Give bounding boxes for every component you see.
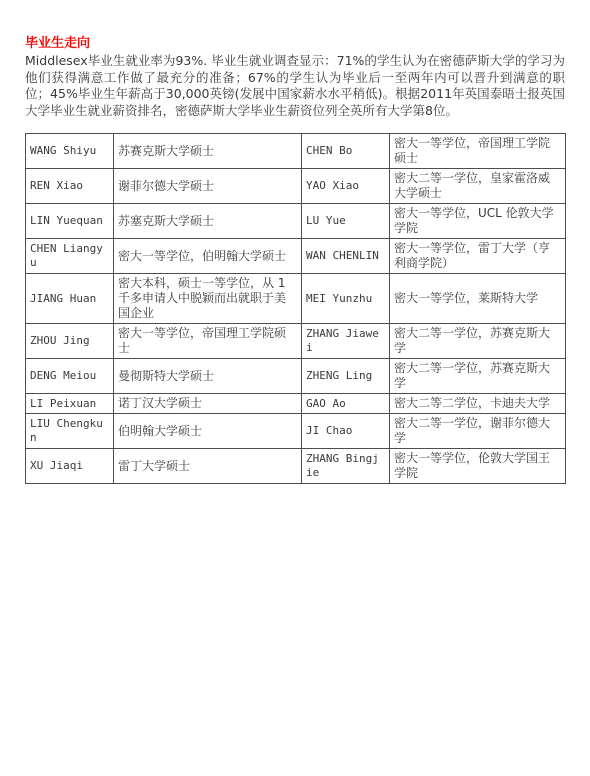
graduate-degree: 密大二等一学位，谢菲尔德大学 xyxy=(390,414,566,449)
graduate-degree: 苏赛克斯大学硕士 xyxy=(114,134,302,169)
section-title: 毕业生走向 xyxy=(25,36,565,52)
graduate-degree: 雷丁大学硕士 xyxy=(114,449,302,484)
graduate-degree: 曼彻斯特大学硕士 xyxy=(114,359,302,394)
graduate-name: ZHOU Jing xyxy=(26,324,114,359)
graduate-name: ZHANG Bingjie xyxy=(302,449,390,484)
table-row: DENG Meiou 曼彻斯特大学硕士 ZHENG Ling 密大二等一学位，苏… xyxy=(26,359,566,394)
table-row: CHEN Liangyu 密大一等学位，伯明翰大学硕士 WAN CHENLIN … xyxy=(26,239,566,274)
graduate-name: REN Xiao xyxy=(26,169,114,204)
graduate-name: LI Peixuan xyxy=(26,394,114,414)
graduate-degree: 密大一等学位，莱斯特大学 xyxy=(390,274,566,324)
graduate-name: LU Yue xyxy=(302,204,390,239)
graduate-degree: 伯明翰大学硕士 xyxy=(114,414,302,449)
graduate-name: JI Chao xyxy=(302,414,390,449)
graduate-name: CHEN Liangyu xyxy=(26,239,114,274)
table-row: LIU Chengkun 伯明翰大学硕士 JI Chao 密大二等一学位，谢菲尔… xyxy=(26,414,566,449)
graduate-name: CHEN Bo xyxy=(302,134,390,169)
table-row: ZHOU Jing 密大一等学位，帝国理工学院硕士 ZHANG Jiawei 密… xyxy=(26,324,566,359)
graduate-degree: 密大本科，硕士一等学位，从 1 千多申请人中脱颖而出就职于美国企业 xyxy=(114,274,302,324)
graduate-degree: 密大一等学位，雷丁大学（亨利商学院） xyxy=(390,239,566,274)
graduate-degree: 密大一等学位，伦敦大学国王学院 xyxy=(390,449,566,484)
graduate-name: WAN CHENLIN xyxy=(302,239,390,274)
graduates-table: WANG Shiyu 苏赛克斯大学硕士 CHEN Bo 密大一等学位，帝国理工学… xyxy=(25,133,566,484)
table-row: XU Jiaqi 雷丁大学硕士 ZHANG Bingjie 密大一等学位，伦敦大… xyxy=(26,449,566,484)
graduate-name: ZHANG Jiawei xyxy=(302,324,390,359)
graduate-degree: 密大一等学位，UCL 伦敦大学学院 xyxy=(390,204,566,239)
graduate-degree: 谢菲尔德大学硕士 xyxy=(114,169,302,204)
graduate-degree: 诺丁汉大学硕士 xyxy=(114,394,302,414)
graduate-name: LIU Chengkun xyxy=(26,414,114,449)
table-row: WANG Shiyu 苏赛克斯大学硕士 CHEN Bo 密大一等学位，帝国理工学… xyxy=(26,134,566,169)
graduate-name: XU Jiaqi xyxy=(26,449,114,484)
graduate-degree: 密大二等一学位，皇家霍洛威大学硕士 xyxy=(390,169,566,204)
graduate-name: ZHENG Ling xyxy=(302,359,390,394)
graduate-degree: 密大一等学位，伯明翰大学硕士 xyxy=(114,239,302,274)
table-row: REN Xiao 谢菲尔德大学硕士 YAO Xiao 密大二等一学位，皇家霍洛威… xyxy=(26,169,566,204)
graduate-degree: 苏塞克斯大学硕士 xyxy=(114,204,302,239)
graduate-name: JIANG Huan xyxy=(26,274,114,324)
graduate-degree: 密大一等学位，帝国理工学院硕士 xyxy=(114,324,302,359)
graduate-name: YAO Xiao xyxy=(302,169,390,204)
graduate-degree: 密大二等一学位，苏赛克斯大学 xyxy=(390,359,566,394)
graduate-name: DENG Meiou xyxy=(26,359,114,394)
table-row: JIANG Huan 密大本科，硕士一等学位，从 1 千多申请人中脱颖而出就职于… xyxy=(26,274,566,324)
document-page: 毕业生走向 Middlesex毕业生就业率为93%. 毕业生就业调查显示：71%… xyxy=(0,0,590,776)
intro-paragraph: Middlesex毕业生就业率为93%. 毕业生就业调查显示：71%的学生认为在… xyxy=(25,53,565,119)
graduate-name: LIN Yuequan xyxy=(26,204,114,239)
graduate-name: GAO Ao xyxy=(302,394,390,414)
table-row: LI Peixuan 诺丁汉大学硕士 GAO Ao 密大二等二学位，卡迪夫大学 xyxy=(26,394,566,414)
table-row: LIN Yuequan 苏塞克斯大学硕士 LU Yue 密大一等学位，UCL 伦… xyxy=(26,204,566,239)
graduate-degree: 密大二等二学位，卡迪夫大学 xyxy=(390,394,566,414)
graduate-degree: 密大二等一学位，苏赛克斯大学 xyxy=(390,324,566,359)
graduate-name: WANG Shiyu xyxy=(26,134,114,169)
graduate-name: MEI Yunzhu xyxy=(302,274,390,324)
graduate-degree: 密大一等学位，帝国理工学院硕士 xyxy=(390,134,566,169)
